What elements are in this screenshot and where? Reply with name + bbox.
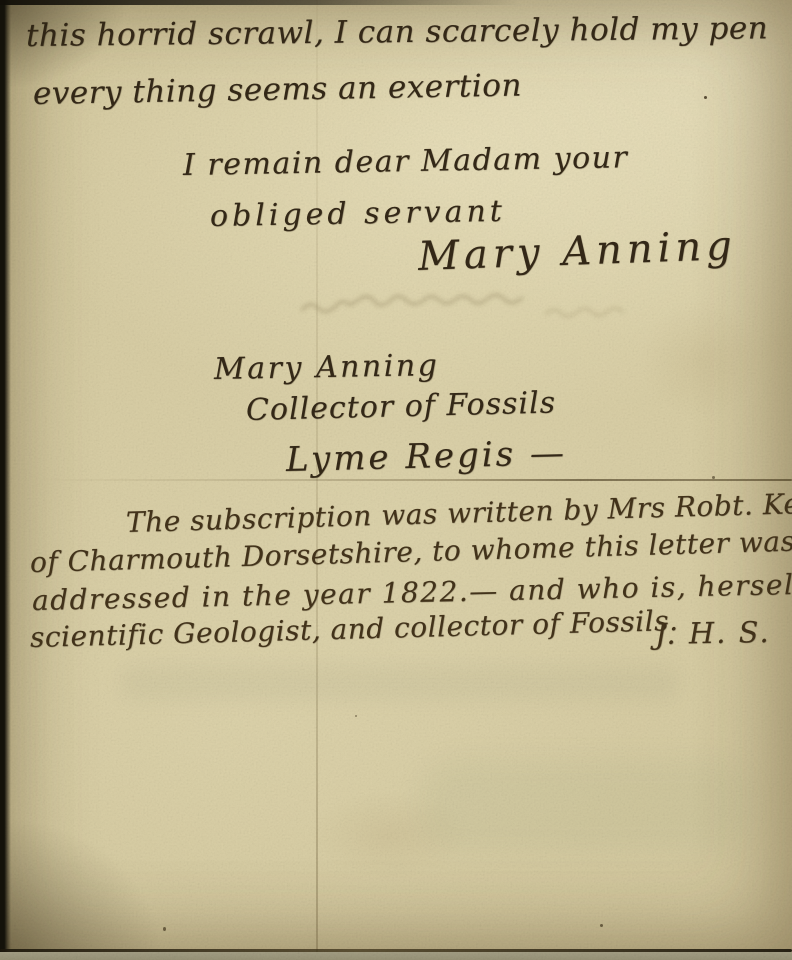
annotation-initials: J. H. S. [655, 615, 771, 651]
horizontal-fold-crease [36, 479, 792, 481]
subscription-name: Mary Anning [214, 348, 440, 387]
ink-speck [355, 715, 357, 717]
ink-speck [712, 476, 715, 479]
corner-shadow [0, 820, 160, 960]
ink-speck [600, 924, 603, 927]
ink-speck [704, 96, 707, 99]
letter-scan: this horrid scrawl, I can scarcely hold … [0, 0, 792, 960]
closing-line-2: obliged servant [210, 194, 506, 234]
corner-shadow [0, 0, 130, 90]
scan-edge-left [0, 0, 11, 954]
scan-edge-top [0, 0, 520, 5]
subscription-place: Lyme Regis — [286, 433, 568, 480]
scan-edge-bottom [0, 952, 792, 960]
ink-speck [163, 927, 166, 931]
